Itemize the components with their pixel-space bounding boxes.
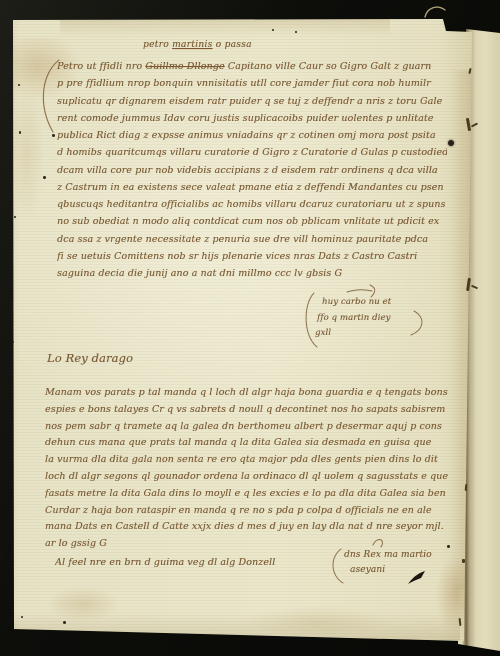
letter1-heading-pre: petro: [143, 40, 172, 50]
letter1-opening-pre: Petro ut ffidli nro: [57, 61, 145, 72]
manuscript-photo: petro martinis o passa Petro ut ffidli n…: [0, 0, 500, 656]
letter2-line: loch dl algr segons ql gounador ordena l…: [45, 469, 449, 486]
wormhole-speck: [21, 616, 23, 618]
wormhole-speck: [448, 140, 454, 146]
letter2-heading: Lo Rey darago: [47, 351, 133, 365]
letter1-line: rent comode jummus Idav coru justis supl…: [57, 110, 447, 127]
wormhole-speck: [52, 134, 55, 137]
parchment-stain: [60, 18, 390, 36]
letter1-line: no sub obediat n modo aliq contdicat cum…: [57, 213, 447, 230]
letter2-line: nos pem sabr q tramete aq la galea dn be…: [45, 419, 449, 436]
letter1-line: dca ssa z vrgente necessitate z penuria …: [57, 231, 447, 248]
letter2-line: la vurma dla dita gala non senta re ero …: [45, 452, 449, 469]
wormhole-speck: [19, 131, 21, 134]
letter1-line: fi se uetuis Comittens nob sr hijs plena…: [57, 248, 447, 265]
letter2-line: espies e bons talayes Cr q vs sabrets d …: [45, 402, 449, 419]
letter1-line: d homibs quaritcumqs villaru curatorie d…: [57, 144, 447, 161]
letter1-line: qbuscuqs heditantra officialibs ac homib…: [57, 196, 447, 213]
wormhole-speck: [63, 621, 66, 624]
wormhole-speck: [295, 31, 297, 33]
parchment-stain: [46, 586, 120, 622]
letter2-registration-note: dns Rex ma martio aseyani: [344, 548, 454, 578]
letter2-address-line: Al feel nre en brn d guima veg dl alg Do…: [55, 557, 290, 568]
wormhole-speck: [14, 216, 16, 218]
parchment-stain: [10, 612, 460, 640]
parchment-stain: [248, 606, 388, 638]
marginal-note-line: huy carbo nu et: [315, 295, 425, 311]
letter1-line: p pre ffidlium nrop bonquin vnnisitatis …: [57, 75, 447, 92]
wormhole-speck: [18, 84, 20, 86]
wormhole-speck: [272, 29, 274, 31]
letter1-body: Petro ut ffidli nro Guillmo Dllonge Capi…: [57, 58, 447, 282]
letter2-line: Manam vos parats p tal manda q l loch dl…: [45, 385, 449, 402]
letter1-line: saguina decia die junij ano a nat dni mi…: [57, 265, 447, 282]
letter2-line: dehun cus mana que prats tal manda q la …: [45, 435, 449, 452]
letter1-line: publica Rict diag z expsse animus vniada…: [57, 127, 447, 144]
letter1-line: dcam villa core pur nob videbis accipian…: [57, 162, 447, 179]
wormhole-speck: [12, 341, 14, 343]
letter2-line: Curdar z haja bon rataspir en manda q re…: [45, 503, 449, 520]
letter2-body: Manam vos parats p tal manda q l loch dl…: [45, 385, 449, 553]
letter1-opening-post: Capitano ville Caur so Gigro Galt z guar…: [225, 61, 432, 72]
letter1-struck-name: Guillmo Dllonge: [145, 61, 224, 72]
marginal-note-line: gxll: [315, 326, 425, 342]
letter1-line: z Castrum in ea existens sece valeat pma…: [57, 179, 447, 196]
letter2-line: fasats metre la dita Gala dins lo moyll …: [45, 486, 449, 503]
letter1-heading-underlined: martinis: [172, 40, 212, 50]
letter1-marginal-note: huy carbo nu et ffo q martin diey gxll: [315, 295, 425, 342]
registration-note-line: aseyani: [344, 563, 454, 578]
letter1-heading-post: o passa: [212, 40, 251, 50]
letter1-line: Petro ut ffidli nro Guillmo Dllonge Capi…: [57, 58, 447, 75]
letter1-heading: petro martinis o passa: [143, 40, 252, 50]
marginal-note-line: ffo q martin diey: [315, 311, 425, 327]
binding-stitch: [462, 559, 465, 563]
registration-note-line: dns Rex ma martio: [344, 548, 454, 563]
page-curl-icon: [425, 7, 445, 17]
parchment-stain: [10, 90, 44, 220]
letter2-line: mana Dats en Castell d Catte xxjx dies d…: [45, 519, 449, 536]
letter1-line: suplicatu qr dignarem eisdem ratr puider…: [57, 93, 447, 110]
wormhole-speck: [43, 176, 46, 179]
